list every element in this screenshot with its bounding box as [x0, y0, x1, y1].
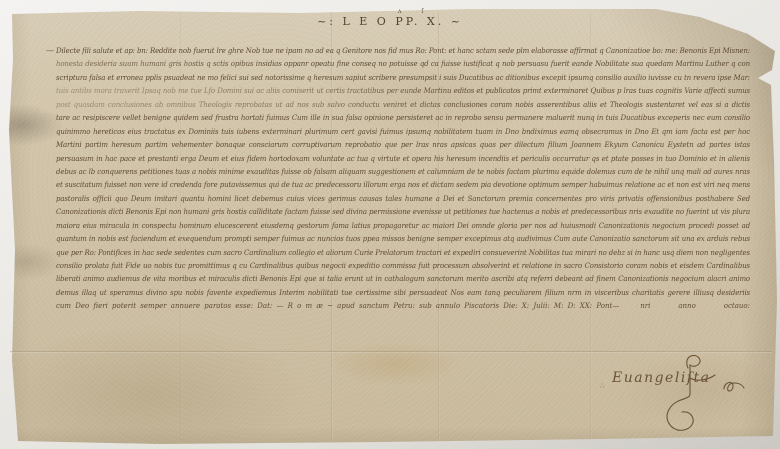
manuscript-line: 5post quasdam conclusiones ab omnibus Th… — [56, 99, 750, 112]
manuscript-line-text: Canonizationis dicti Benonis Epi non hum… — [56, 208, 750, 219]
manuscript-line-text: maiora eius miracula in conspectu hominu… — [56, 222, 750, 233]
manuscript-line: 19demus illaq ut speramus divino spu nob… — [56, 287, 750, 300]
manuscript-line: 2honesta desideria suum humani gris host… — [56, 58, 750, 71]
signature-block: ∴ Euangeliſta — [598, 352, 768, 447]
signature-dots: ∴ — [600, 382, 604, 390]
manuscript-line-text: post quasdam conclusiones ab omnibus The… — [56, 101, 750, 112]
manuscript-line: 12pastoralis officii quo Deum imitari qu… — [56, 193, 750, 206]
manuscript-line-text: que per Ro: Pontifices in hac sede seden… — [56, 249, 750, 260]
manuscript-line: 18liberati animo audiemus de vita moribu… — [56, 273, 750, 286]
manuscript-line-text: persuasum in hac pace et prestanti erga … — [56, 155, 750, 166]
manuscript-photo: ~: L E O PP. X. ~ ʌ ſ — 1Dilecte fili sa… — [0, 0, 780, 449]
manuscript-line-text: liberati animo audiemus de vita moribus … — [56, 275, 750, 286]
manuscript-line: 15quantum in nobis est faciendum et exeq… — [56, 233, 750, 246]
manuscript-line-text: consilio prolata fuit Fide uo nobis tuc … — [56, 262, 750, 273]
manuscript-line: 13Canonizationis dicti Benonis Epi non h… — [56, 206, 750, 219]
heading-abbreviation-marks: ʌ ſ — [398, 8, 433, 15]
document-heading: ~: L E O PP. X. ~ — [0, 15, 780, 28]
manuscript-line: 1Dilecte fili salute et ap: bn: Reddite … — [56, 45, 750, 58]
manuscript-line-text: Dilecte fili salute et ap: bn: Reddite n… — [56, 47, 750, 58]
manuscript-line-text: et suscitatum fuisset non vere id creden… — [56, 181, 750, 192]
manuscript-line: 17consilio prolata fuit Fide uo nobis tu… — [56, 260, 750, 273]
manuscript-line: 16que per Ro: Pontifices in hac sede sed… — [56, 247, 750, 260]
manuscript-line-text: pastoralis officii quo Deum imitari quan… — [56, 195, 750, 206]
manuscript-line: 7quinimmo hereticos eius tractatus ex Do… — [56, 126, 750, 139]
manuscript-text-block: 1Dilecte fili salute et ap: bn: Reddite … — [56, 45, 750, 314]
manuscript-line: 11et suscitatum fuisset non vere id cred… — [56, 179, 750, 192]
signature-flourish-icon — [638, 352, 734, 444]
manuscript-line: 3scriptura falsa et erronea pplis psuade… — [56, 72, 750, 85]
manuscript-line: 14maiora eius miracula in conspectu homi… — [56, 220, 750, 233]
manuscript-line: 10debus ac lb conquerens petitiones tuas… — [56, 166, 750, 179]
manuscript-line: 20cum Deo fieri poterit semper annuere p… — [56, 300, 750, 313]
manuscript-line-text: cum Deo fieri poterit semper annuere par… — [56, 302, 750, 310]
manuscript-line-text: demus illaq ut speramus divino spu nobis… — [56, 289, 750, 300]
manuscript-line-text: tuis antibs mora traxerit Ipsaq nob me t… — [56, 87, 750, 98]
margin-dash: — — [46, 46, 54, 55]
manuscript-line-text: quantum in nobis est faciendum et exeque… — [56, 235, 750, 243]
manuscript-line-text: quinimmo hereticos eius tractatus ex Dom… — [56, 128, 750, 139]
manuscript-line: 9persuasum in hac pace et prestanti erga… — [56, 153, 750, 166]
manuscript-line-text: honesta desideria suum humani gris hosti… — [56, 60, 750, 71]
manuscript-line: 6tare ac resipiscere vellet benigne quid… — [56, 112, 750, 125]
manuscript-line: 8Martini partim heresum partim vehemente… — [56, 139, 750, 152]
manuscript-line-text: debus ac lb conquerens petitiones tuas a… — [56, 168, 750, 179]
manuscript-line-text: scriptura falsa et erronea pplis psuadea… — [56, 74, 750, 85]
secretary-signature: Euangeliſta — [612, 370, 710, 386]
manuscript-line-text: Martini partim heresum partim vehementer… — [56, 141, 750, 152]
manuscript-line-text: tare ac resipiscere vellet benigne quide… — [56, 114, 750, 125]
manuscript-line: 4tuis antibs mora traxerit Ipsaq nob me … — [56, 85, 750, 98]
signature-paraph-icon — [722, 378, 748, 396]
